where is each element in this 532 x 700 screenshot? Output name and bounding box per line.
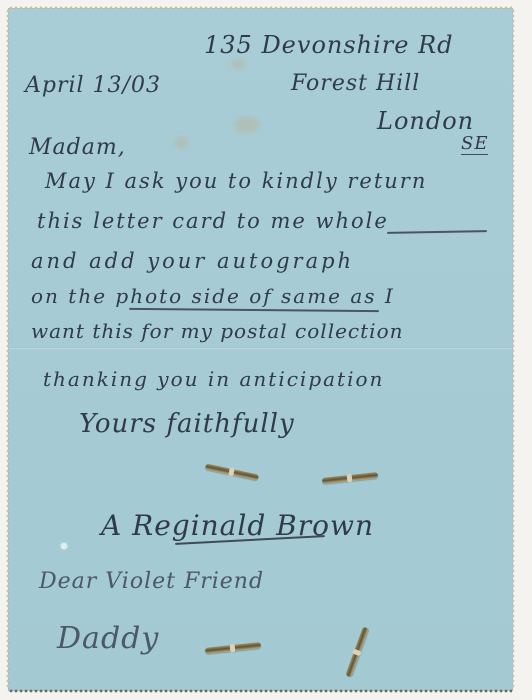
stain: [231, 59, 245, 69]
brass-fastener: [345, 627, 368, 678]
fold-line: [9, 347, 512, 350]
body-line-2: this letter card to me whole: [37, 209, 389, 233]
stain: [234, 117, 260, 133]
underline-whole: [387, 230, 487, 234]
brass-fastener: [322, 472, 378, 484]
reply-line-2: Daddy: [57, 621, 159, 656]
reply-line-1: Dear Violet Friend: [39, 569, 264, 594]
body-line-5: want this for my postal collection: [31, 319, 404, 343]
address-line-3: London: [377, 107, 474, 135]
closing: Yours faithfully: [79, 409, 295, 439]
body-line-1: May I ask you to kindly return: [45, 169, 427, 193]
underline-photo-side: [129, 308, 379, 312]
body-line-6: thanking you in anticipation: [43, 367, 384, 391]
brass-fastener: [205, 642, 261, 654]
salutation: Madam,: [29, 135, 126, 160]
address-line-4: SE: [461, 133, 488, 155]
letter-date: April 13/03: [25, 73, 161, 98]
stain: [174, 137, 188, 149]
brass-fastener: [205, 463, 259, 480]
body-line-4: on the photo side of same as I: [31, 284, 395, 308]
perforated-edge-top: [9, 6, 512, 10]
signature: A Reginald Brown: [101, 509, 374, 542]
address-line-2: Forest Hill: [291, 71, 420, 96]
perforated-edge-bottom: [9, 689, 512, 693]
letter-card: 135 Devonshire Rd Forest Hill London SE …: [9, 9, 512, 690]
pinhole: [61, 543, 67, 549]
body-line-3: and add your autograph: [31, 249, 354, 273]
address-line-1: 135 Devonshire Rd: [204, 31, 454, 59]
